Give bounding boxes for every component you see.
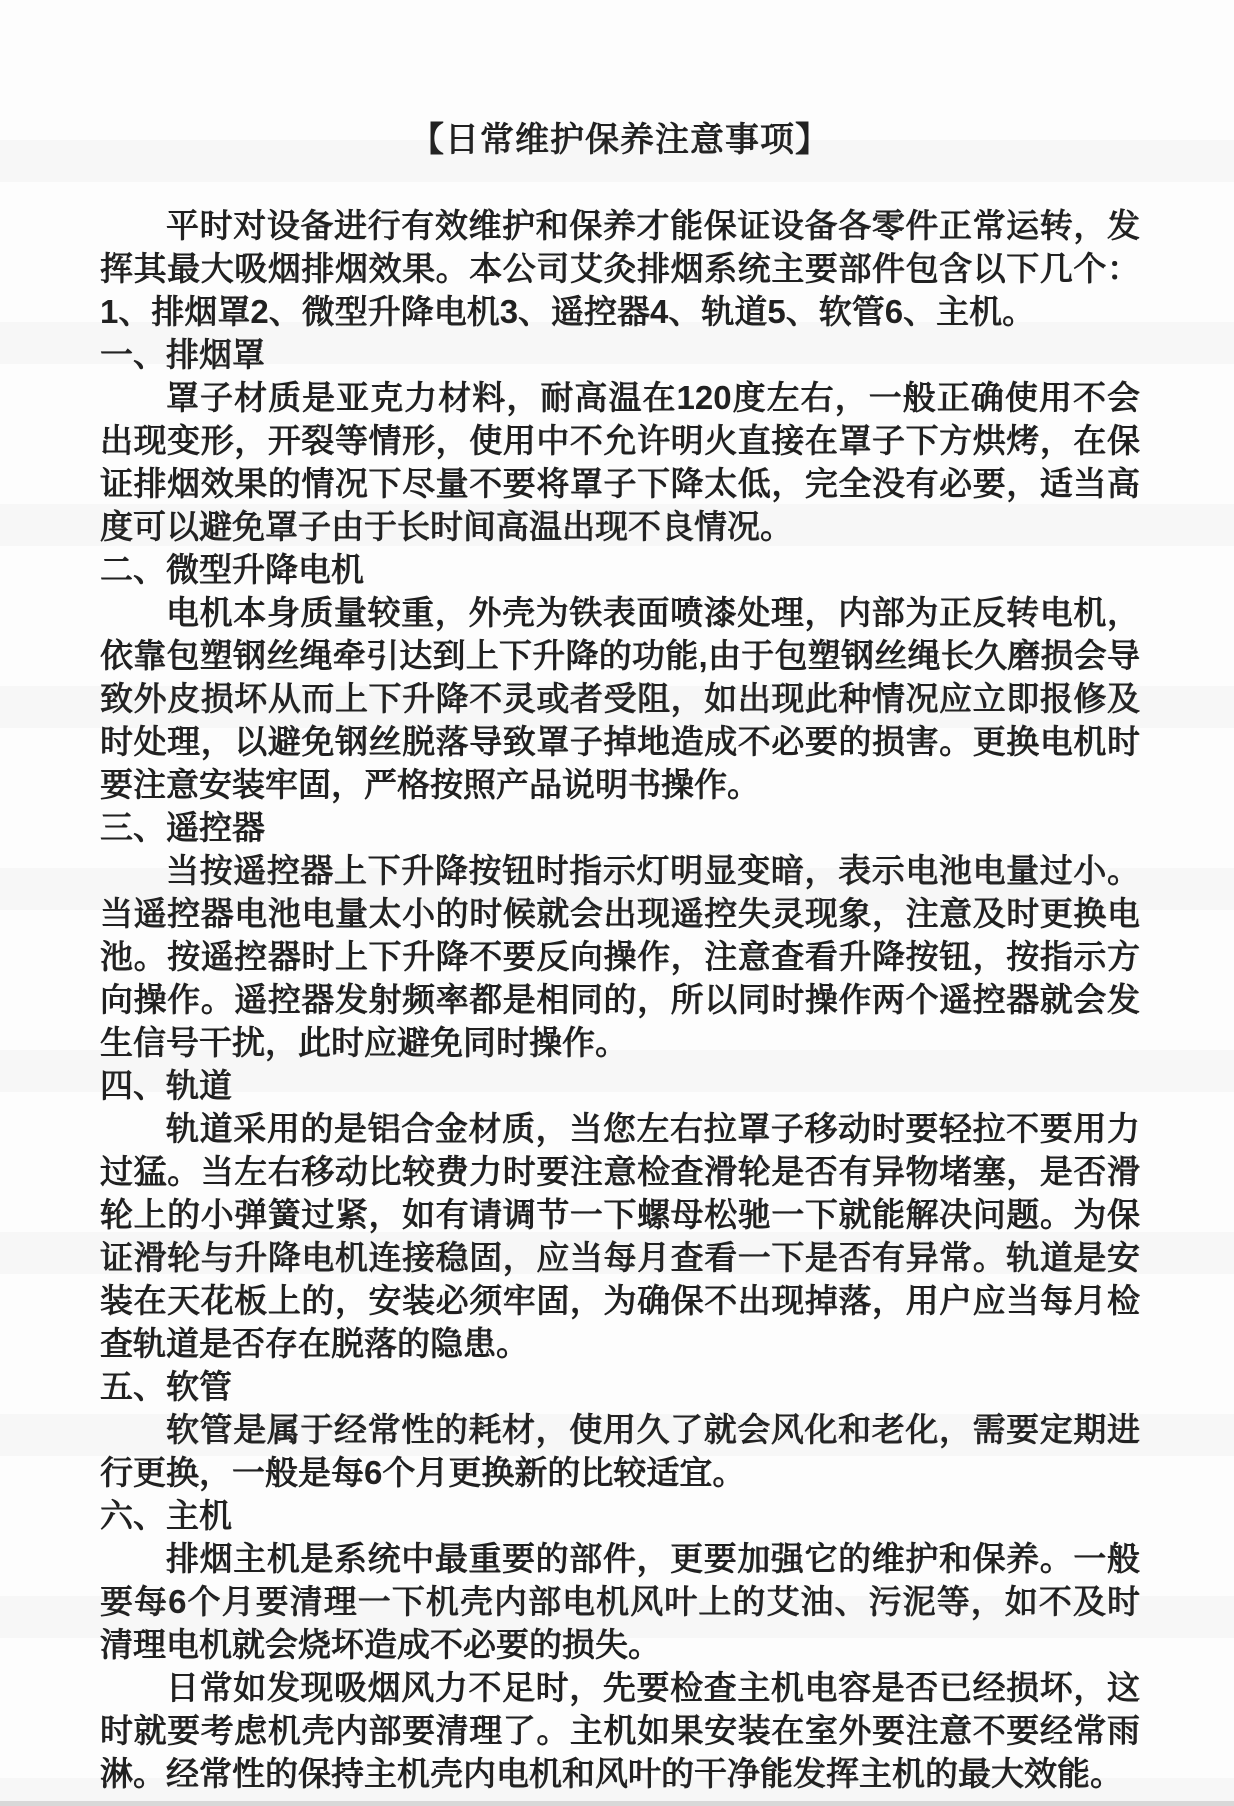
document-title: 【日常维护保养注意事项】 — [100, 118, 1140, 162]
section-paragraph-track: 轨道采用的是铝合金材质，当您左右拉罩子移动时要轻拉不要用力过猛。当左右移动比较费… — [100, 1107, 1140, 1365]
intro-paragraph: 平时对设备进行有效维护和保养才能保证设备各零件正常运转，发挥其最大吸烟排烟效果。… — [100, 204, 1140, 333]
section-paragraph-remote-control: 当按遥控器上下升降按钮时指示灯明显变暗，表示电池电量过小。当遥控器电池电量太小的… — [100, 849, 1140, 1064]
section-paragraph-smoke-hood: 罩子材质是亚克力材料，耐高温在120度左右，一般正确使用不会出现变形，开裂等情形… — [100, 376, 1140, 548]
section-paragraph-lift-motor: 电机本身质量较重，外壳为铁表面喷漆处理，内部为正反转电机，依靠包塑钢丝绳牵引达到… — [100, 591, 1140, 806]
section-heading-lift-motor: 二、微型升降电机 — [100, 548, 1140, 591]
page-bottom-edge — [0, 1801, 1234, 1806]
section-heading-hose: 五、软管 — [100, 1365, 1140, 1408]
section-heading-smoke-hood: 一、排烟罩 — [100, 333, 1140, 376]
section-heading-remote-control: 三、遥控器 — [100, 806, 1140, 849]
section-paragraph-hose: 软管是属于经常性的耗材，使用久了就会风化和老化，需要定期进行更换，一般是每6个月… — [100, 1408, 1140, 1494]
section-paragraph-main-unit-2: 日常如发现吸烟风力不足时，先要检查主机电容是否已经损坏，这时就要考虑机壳内部要清… — [100, 1666, 1140, 1795]
section-paragraph-main-unit-1: 排烟主机是系统中最重要的部件，更要加强它的维护和保养。一般要每6个月要清理一下机… — [100, 1537, 1140, 1666]
section-heading-main-unit: 六、主机 — [100, 1494, 1140, 1537]
section-heading-track: 四、轨道 — [100, 1064, 1140, 1107]
document-page: 【日常维护保养注意事项】 平时对设备进行有效维护和保养才能保证设备各零件正常运转… — [0, 0, 1234, 1806]
document-body: 平时对设备进行有效维护和保养才能保证设备各零件正常运转，发挥其最大吸烟排烟效果。… — [100, 204, 1140, 1795]
